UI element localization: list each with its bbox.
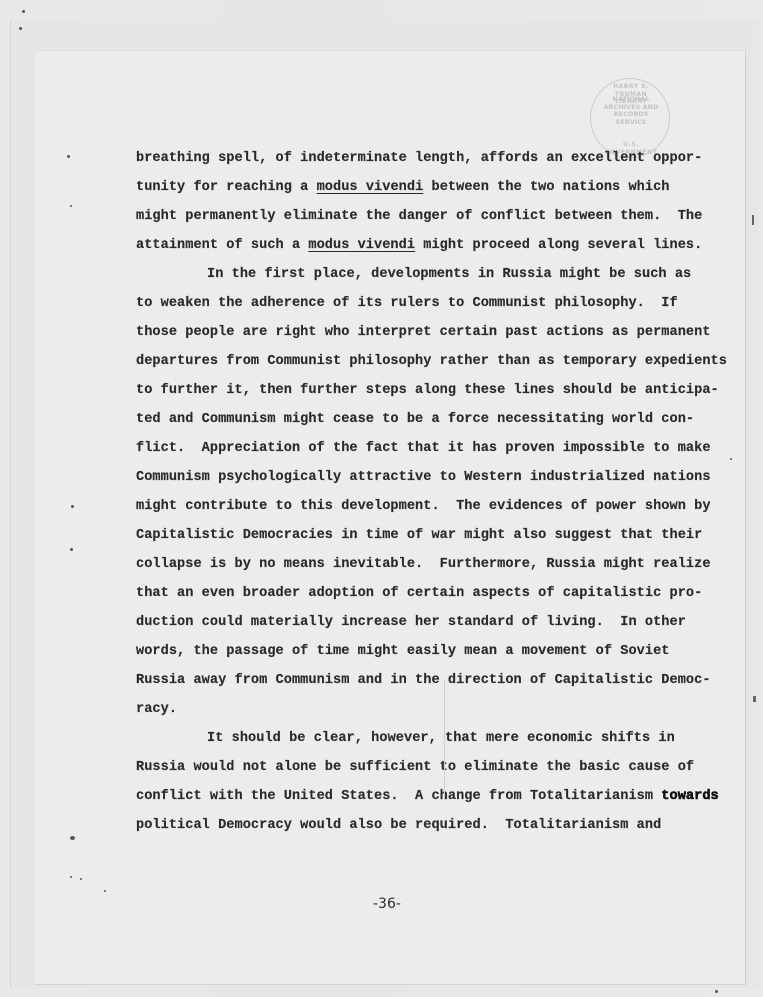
text-segment: attainment of such a bbox=[136, 238, 308, 253]
underlined-phrase: modus vivendi bbox=[317, 180, 424, 195]
text-line: tunity for reaching a modus vivendi betw… bbox=[136, 173, 736, 202]
overstruck-word: towards bbox=[661, 789, 718, 804]
text-line: Capitalistic Democracies in time of war … bbox=[136, 521, 736, 550]
text-line: flict. Appreciation of the fact that it … bbox=[136, 434, 736, 463]
text-line: departures from Communist philosophy rat… bbox=[136, 347, 736, 376]
text-line: Russia would not alone be sufficient to … bbox=[136, 753, 736, 782]
text-line: duction could materially increase her st… bbox=[136, 608, 736, 637]
text-line: that an even broader adoption of certain… bbox=[136, 579, 736, 608]
text-line: conflict with the United States. A chang… bbox=[136, 782, 736, 811]
text-line: those people are right who interpret cer… bbox=[136, 318, 736, 347]
speck bbox=[80, 878, 82, 880]
edge-mark bbox=[753, 696, 756, 702]
text-line: might permanently eliminate the danger o… bbox=[136, 202, 736, 231]
text-line: words, the passage of time might easily … bbox=[136, 637, 736, 666]
text-line: collapse is by no means inevitable. Furt… bbox=[136, 550, 736, 579]
fold-line bbox=[444, 680, 445, 800]
speck bbox=[70, 836, 75, 840]
speck bbox=[70, 876, 72, 878]
page-number: -36- bbox=[373, 896, 401, 912]
paragraph-first-line: In the first place, developments in Russ… bbox=[136, 260, 736, 289]
text-line: attainment of such a modus vivendi might… bbox=[136, 231, 736, 260]
speck bbox=[70, 205, 72, 207]
text-line: Communism psychologically attractive to … bbox=[136, 463, 736, 492]
speck bbox=[730, 458, 732, 460]
speck bbox=[71, 505, 74, 508]
speck bbox=[19, 27, 22, 30]
text-segment: conflict with the United States. A chang… bbox=[136, 789, 661, 804]
text-line: to weaken the adherence of its rulers to… bbox=[136, 289, 736, 318]
text-line: ted and Communism might cease to be a fo… bbox=[136, 405, 736, 434]
speck bbox=[104, 890, 106, 892]
text-line: to further it, then further steps along … bbox=[136, 376, 736, 405]
text-segment: might proceed along several lines. bbox=[415, 238, 702, 253]
speck bbox=[70, 548, 73, 551]
text-line: Russia away from Communism and in the di… bbox=[136, 666, 736, 695]
text-line: political Democracy would also be requir… bbox=[136, 811, 736, 840]
text-segment: between the two nations which bbox=[423, 180, 669, 195]
speck bbox=[67, 155, 70, 158]
typed-body-text: breathing spell, of indeterminate length… bbox=[136, 144, 736, 840]
text-segment: tunity for reaching a bbox=[136, 180, 317, 195]
speck bbox=[22, 10, 25, 13]
stamp-center-text: NATIONAL ARCHIVES AND RECORDS SERVICE bbox=[601, 96, 661, 126]
underlined-phrase: modus vivendi bbox=[308, 238, 415, 253]
paragraph-first-line: It should be clear, however, that mere e… bbox=[136, 724, 736, 753]
text-line: might contribute to this development. Th… bbox=[136, 492, 736, 521]
speck bbox=[715, 990, 718, 993]
text-line: breathing spell, of indeterminate length… bbox=[136, 144, 736, 173]
edge-mark bbox=[752, 215, 754, 225]
text-line: racy. bbox=[136, 695, 736, 724]
